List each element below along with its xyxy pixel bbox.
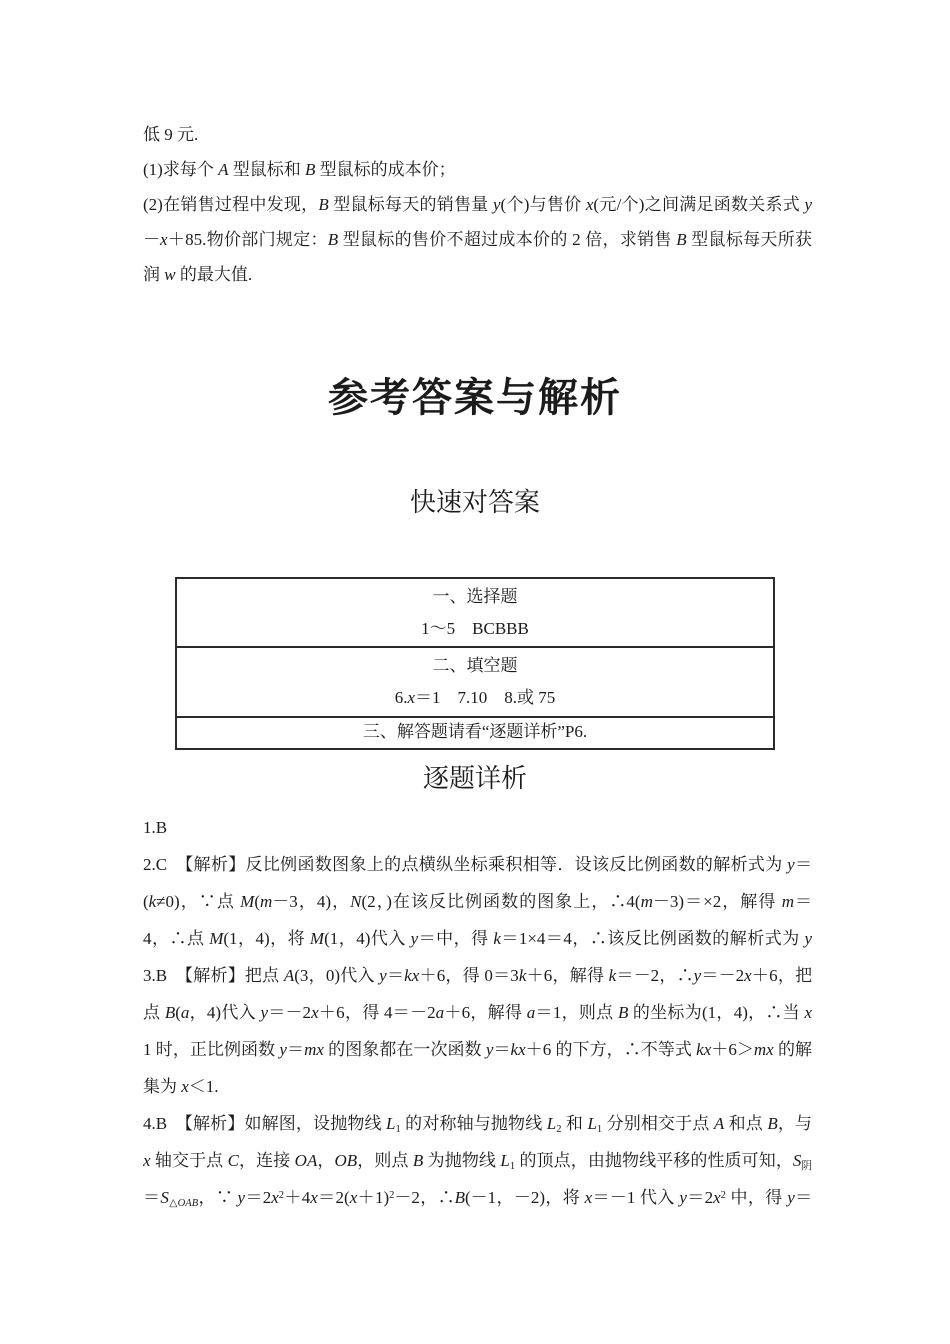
problem-line: 润 w 的最大值. (143, 257, 812, 292)
row-header: 二、填空题 (433, 650, 518, 682)
table-row-choice: 一、选择题 1～5 BCBBB (177, 579, 773, 646)
detail-line: 集为 x＜1. (143, 1068, 812, 1105)
detail-heading: 逐题详析 (0, 762, 950, 794)
row-answers: 6.x＝1 7.10 8.或 75 (395, 682, 556, 714)
detail-line: ＝S△OAB，∵ y＝2x2＋4x＝2(x＋1)2－2，∴B(－1，－2)，将 … (143, 1179, 812, 1216)
document-page: { "problem": { "lines": [ "低 9 元.", "(1)… (0, 0, 950, 1344)
quick-answers-table: 一、选择题 1～5 BCBBB 二、填空题 6.x＝1 7.10 8.或 75 … (175, 577, 775, 750)
detail-line: 2.C 【解析】反比例函数图象上的点横纵坐标乘积相等．设该反比例函数的解析式为 … (143, 846, 812, 883)
answers-title: 参考答案与解析 (0, 373, 950, 423)
problem-statement: 低 9 元. (1)求每个 A 型鼠标和 B 型鼠标的成本价； (2)在销售过程… (143, 117, 812, 292)
detail-line: 4.B 【解析】如解图，设抛物线 L1 的对称轴与抛物线 L2 和 L1 分别相… (143, 1105, 812, 1142)
detail-line: 4，∴点 M(1，4)，将 M(1，4)代入 y＝中，得 k＝1×4＝4，∴该反… (143, 920, 812, 957)
problem-line: －x＋85.物价部门规定：B 型鼠标的售价不超过成本价的 2 倍，求销售 B 型… (143, 222, 812, 257)
detail-line: (k≠0)，∵点 M(m－3，4)，N(2，)在该反比例函数的图象上，∴4(m－… (143, 883, 812, 920)
detail-line: 1 时，正比例函数 y＝mx 的图象都在一次函数 y＝kx＋6 的下方，∴不等式… (143, 1031, 812, 1068)
row-header: 三、解答题请看“逐题详析”P6. (363, 718, 587, 746)
detail-line: 3.B 【解析】把点 A(3，0)代入 y＝kx＋6，得 0＝3k＋6，解得 k… (143, 957, 812, 994)
table-row-fill-blank: 二、填空题 6.x＝1 7.10 8.或 75 (177, 646, 773, 716)
problem-line: (2)在销售过程中发现，B 型鼠标每天的销售量 y(个)与售价 x(元/个)之间… (143, 187, 812, 222)
detail-line: 点 B(a，4)代入 y＝－2x＋6，得 4＝－2a＋6，解得 a＝1，则点 B… (143, 994, 812, 1031)
detail-line: 1.B (143, 809, 812, 846)
detail-analysis: 1.B 2.C 【解析】反比例函数图象上的点横纵坐标乘积相等．设该反比例函数的解… (143, 809, 812, 1216)
detail-line: x 轴交于点 C，连接 OA，OB，则点 B 为抛物线 L1 的顶点，由抛物线平… (143, 1142, 812, 1179)
row-header: 一、选择题 (433, 581, 518, 613)
quick-answers-heading: 快速对答案 (0, 486, 950, 518)
row-answers: 1～5 BCBBB (421, 613, 529, 645)
problem-line: (1)求每个 A 型鼠标和 B 型鼠标的成本价； (143, 152, 812, 187)
problem-line: 低 9 元. (143, 117, 812, 152)
table-row-solutions: 三、解答题请看“逐题详析”P6. (177, 716, 773, 746)
